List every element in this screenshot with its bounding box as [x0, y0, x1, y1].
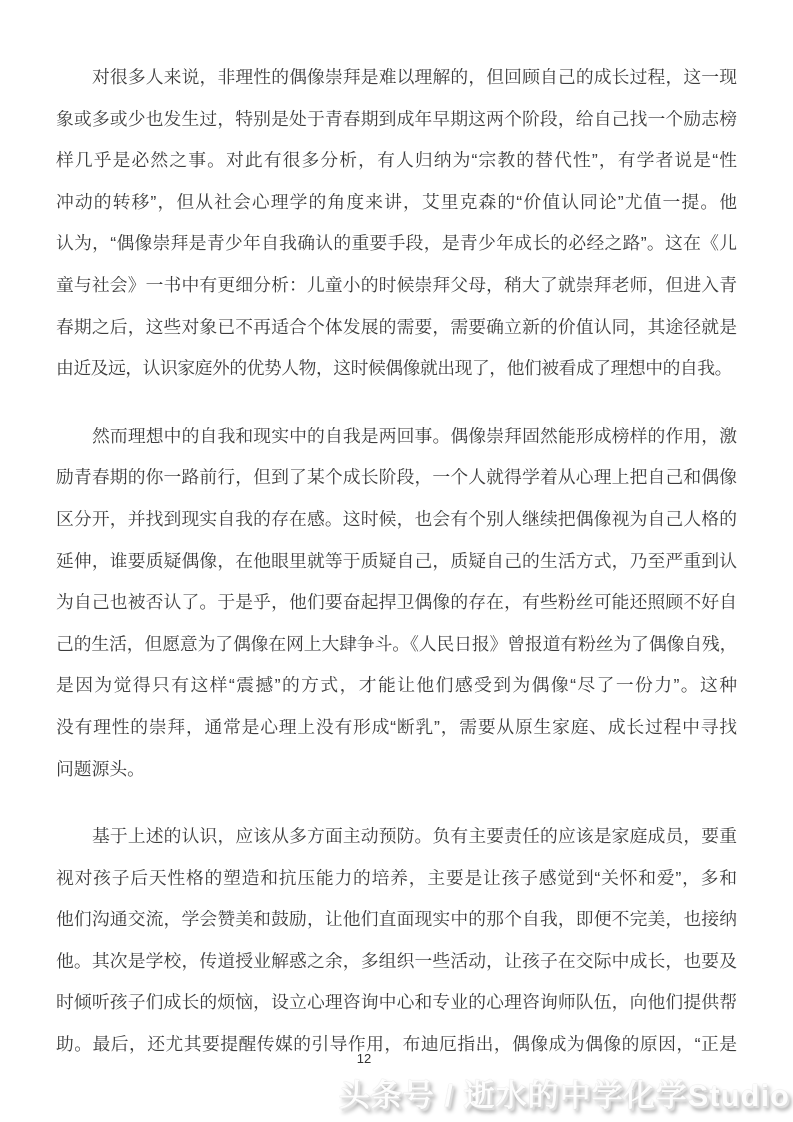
- text-line: 他。其次是学校，传道授业解惑之余，多组织一些活动，让孩子在交际中成长，也要及: [56, 941, 737, 983]
- text-line: 视对孩子后天性格的塑造和抗压能力的培养，主要是让孩子感觉到“关怀和爱”，多和: [56, 858, 737, 900]
- text-line: 区分开，并找到现实自我的存在感。这时候，也会有个别人继续把偶像视为自己人格的: [56, 499, 737, 541]
- text-line: 励青春期的你一路前行，但到了某个成长阶段，一个人就得学着从心理上把自己和偶像: [56, 457, 737, 499]
- watermark: 头条号 / 逝水的中学化学Studio: [339, 1070, 790, 1115]
- text-line: 基于上述的认识，应该从多方面主动预防。负有主要责任的应该是家庭成员，要重: [56, 816, 737, 858]
- text-line: 问题源头。: [56, 749, 737, 791]
- text-line: 象或多或少也发生过，特别是处于青春期到成年早期这两个阶段，给自己找一个励志榜: [56, 99, 737, 141]
- text-line: 延伸，谁要质疑偶像，在他眼里就等于质疑自己，质疑自己的生活方式，乃至严重到认: [56, 541, 737, 583]
- text-line: 样几乎是必然之事。对此有很多分析，有人归纳为“宗教的替代性”，有学者说是“性: [56, 140, 737, 182]
- text-line: 认为，“偶像崇拜是青少年自我确认的重要手段，是青少年成长的必经之路”。这在《儿: [56, 223, 737, 265]
- paragraph: 基于上述的认识，应该从多方面主动预防。负有主要责任的应该是家庭成员，要重视对孩子…: [56, 816, 737, 1066]
- text-line: 然而理想中的自我和现实中的自我是两回事。偶像崇拜固然能形成榜样的作用，激: [56, 416, 737, 458]
- text-line: 时倾听孩子们成长的烦恼，设立心理咨询中心和专业的心理咨询师队伍，向他们提供帮: [56, 982, 737, 1024]
- paragraph: 然而理想中的自我和现实中的自我是两回事。偶像崇拜固然能形成榜样的作用，激励青春期…: [56, 416, 737, 790]
- text-line: 助。最后，还尤其要提醒传媒的引导作用，布迪厄指出，偶像成为偶像的原因，“正是: [56, 1024, 737, 1066]
- page-number: 12: [357, 1051, 371, 1066]
- text-line: 春期之后，这些对象已不再适合个体发展的需要，需要确立新的价值认同，其途径就是: [56, 307, 737, 349]
- text-line: 己的生活，但愿意为了偶像在网上大肆争斗。《人民日报》曾报道有粉丝为了偶像自残，: [56, 624, 737, 666]
- text-line: 没有理性的崇拜，通常是心理上没有形成“断乳”，需要从原生家庭、成长过程中寻找: [56, 707, 737, 749]
- text-line: 冲动的转移”，但从社会心理学的角度来讲，艾里克森的“价值认同论”尤值一提。他: [56, 182, 737, 224]
- article-body: 对很多人来说，非理性的偶像崇拜是难以理解的，但回顾自己的成长过程，这一现象或多或…: [56, 57, 737, 1066]
- paragraph: 对很多人来说，非理性的偶像崇拜是难以理解的，但回顾自己的成长过程，这一现象或多或…: [56, 57, 737, 390]
- text-line: 对很多人来说，非理性的偶像崇拜是难以理解的，但回顾自己的成长过程，这一现: [56, 57, 737, 99]
- text-line: 由近及远，认识家庭外的优势人物，这时候偶像就出现了，他们被看成了理想中的自我。: [56, 348, 737, 390]
- text-line: 为自己也被否认了。于是乎，他们要奋起捍卫偶像的存在，有些粉丝可能还照顾不好自: [56, 582, 737, 624]
- text-line: 童与社会》一书中有更细分析：儿童小的时候崇拜父母，稍大了就崇拜老师，但进入青: [56, 265, 737, 307]
- text-line: 是因为觉得只有这样“震撼”的方式，才能让他们感受到为偶像“尽了一份力”。这种: [56, 665, 737, 707]
- text-line: 他们沟通交流，学会赞美和鼓励，让他们直面现实中的那个自我，即便不完美，也接纳: [56, 899, 737, 941]
